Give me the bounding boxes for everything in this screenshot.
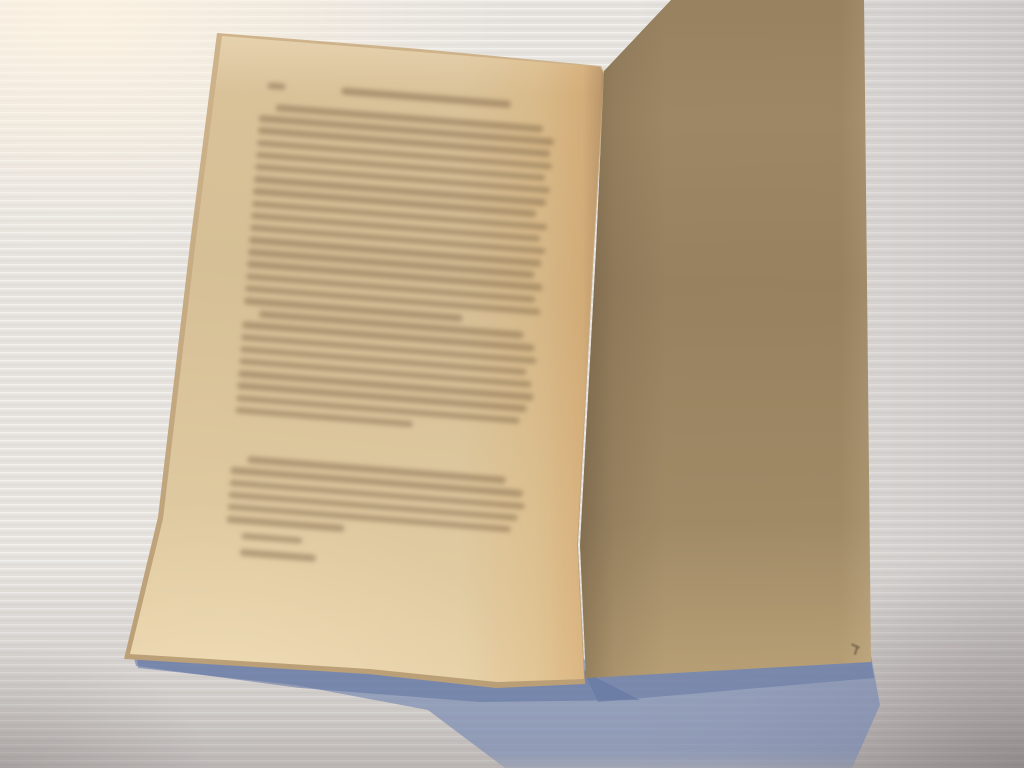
blurred-text-line bbox=[226, 516, 345, 532]
blurred-text-block bbox=[220, 80, 557, 622]
page-number-blob bbox=[267, 82, 285, 89]
blurred-text-line bbox=[240, 549, 316, 562]
corner-mark bbox=[849, 642, 865, 658]
open-book-photo bbox=[0, 0, 1024, 768]
blurred-text-line bbox=[241, 532, 302, 543]
